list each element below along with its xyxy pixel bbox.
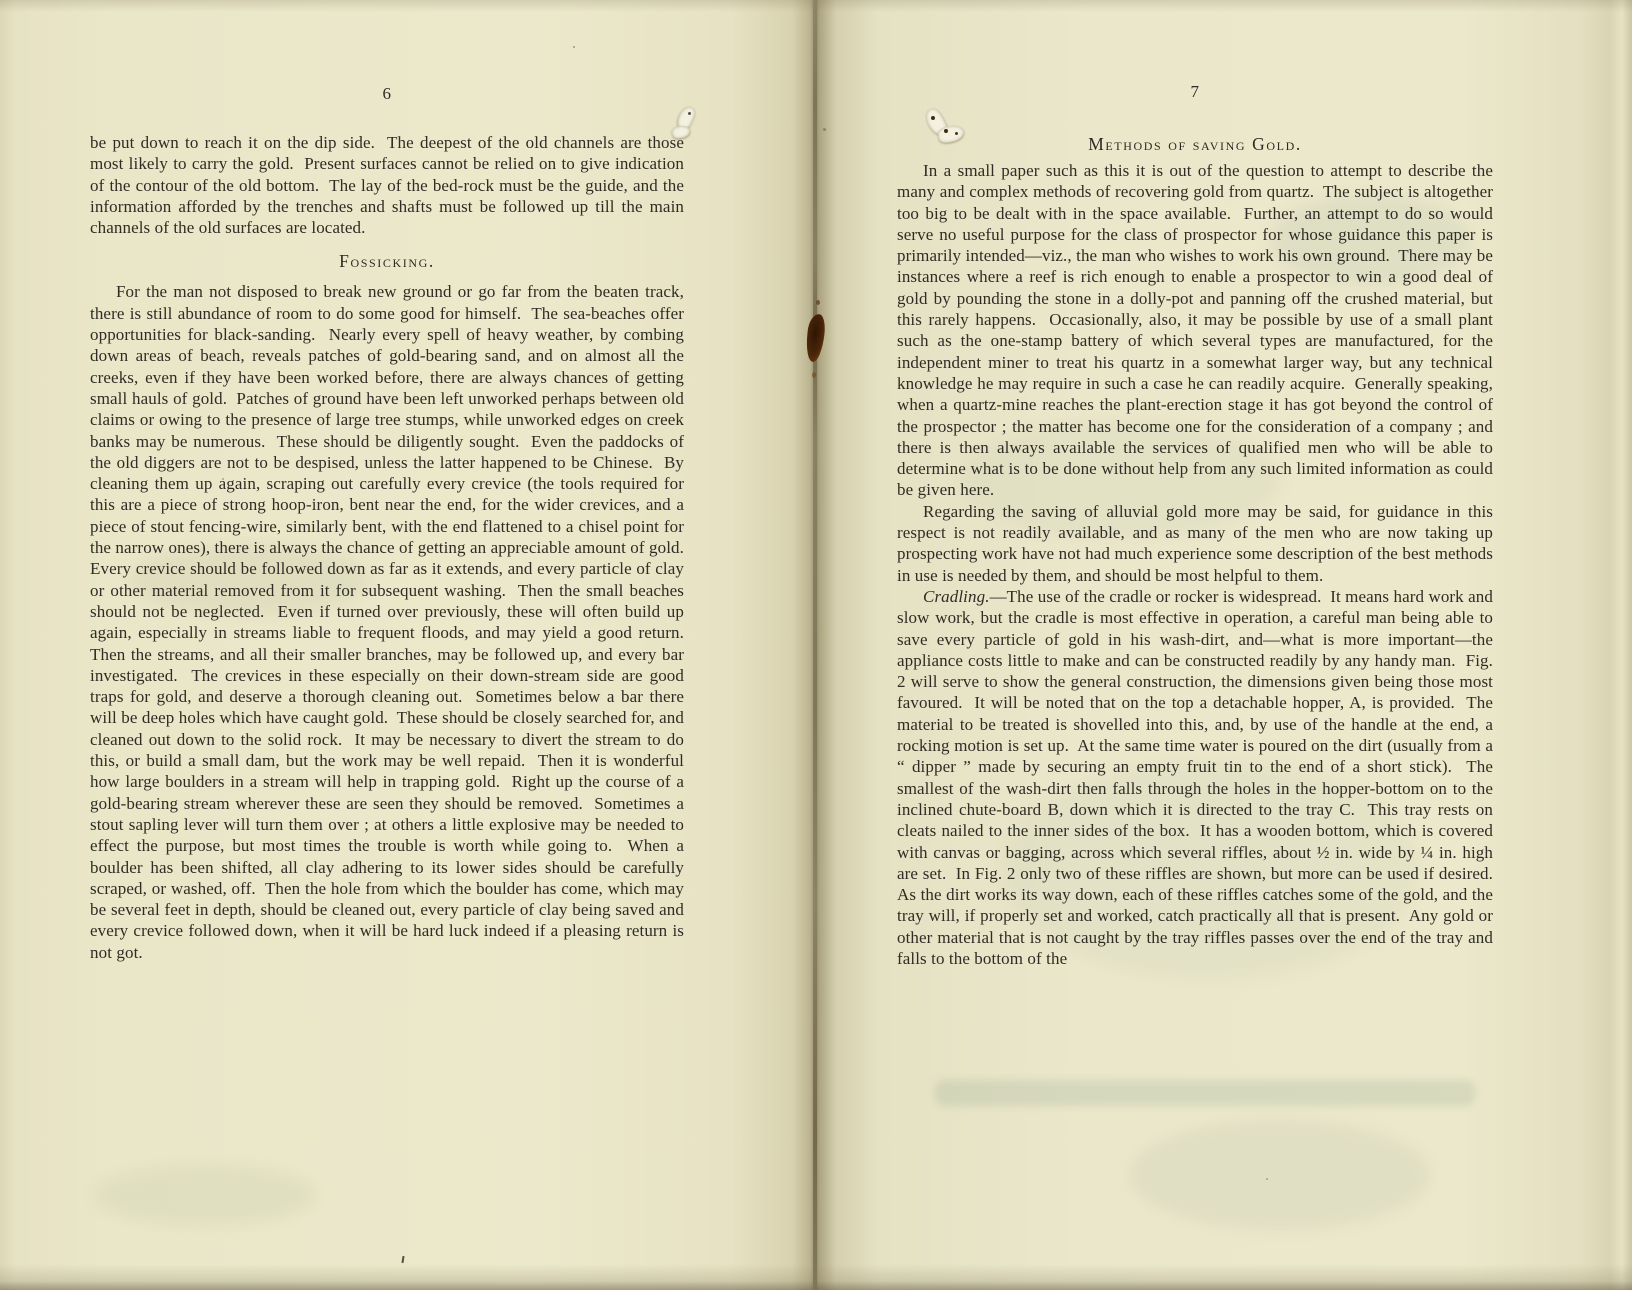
page-number-left: 6 <box>90 84 684 104</box>
ink-stain <box>805 313 827 363</box>
left-text-column: be put down to reach it on the dip side.… <box>90 132 684 963</box>
paper-speck <box>688 112 691 115</box>
paper-speck <box>401 1256 404 1263</box>
cradling-lead-word: Cradling. <box>923 587 990 606</box>
methods-paragraph-1: In a small paper such as this it is out … <box>897 160 1493 501</box>
section-heading-fossicking: Fossicking. <box>90 251 684 272</box>
showthrough-smudge <box>95 1165 315 1225</box>
section-heading-methods: Methods of saving Gold. <box>897 134 1493 155</box>
continuation-paragraph: be put down to reach it on the dip side.… <box>90 132 684 238</box>
paper-fiber-stain-left <box>675 104 698 132</box>
page-number-right: 7 <box>897 82 1493 102</box>
paper-speck <box>573 46 575 48</box>
paper-speck <box>944 129 948 133</box>
book-gutter <box>813 0 817 1290</box>
showthrough-ghost-text <box>935 1080 1475 1106</box>
right-text-column: Methods of saving Gold. In a small paper… <box>897 134 1493 969</box>
paper-speck <box>1266 1178 1268 1180</box>
methods-paragraph-2: Regarding the saving of alluvial gold mo… <box>897 501 1493 586</box>
cradling-paragraph-text: —The use of the cradle or rocker is wide… <box>897 587 1502 968</box>
fossicking-paragraph: For the man not disposed to break new gr… <box>90 281 684 963</box>
paper-speck <box>931 116 935 120</box>
ink-speck <box>823 128 826 131</box>
showthrough-smudge <box>1130 1120 1430 1230</box>
cradling-paragraph: Cradling.—The use of the cradle or rocke… <box>897 586 1493 969</box>
book-spread: 6 be put down to reach it on the dip sid… <box>0 0 1632 1290</box>
